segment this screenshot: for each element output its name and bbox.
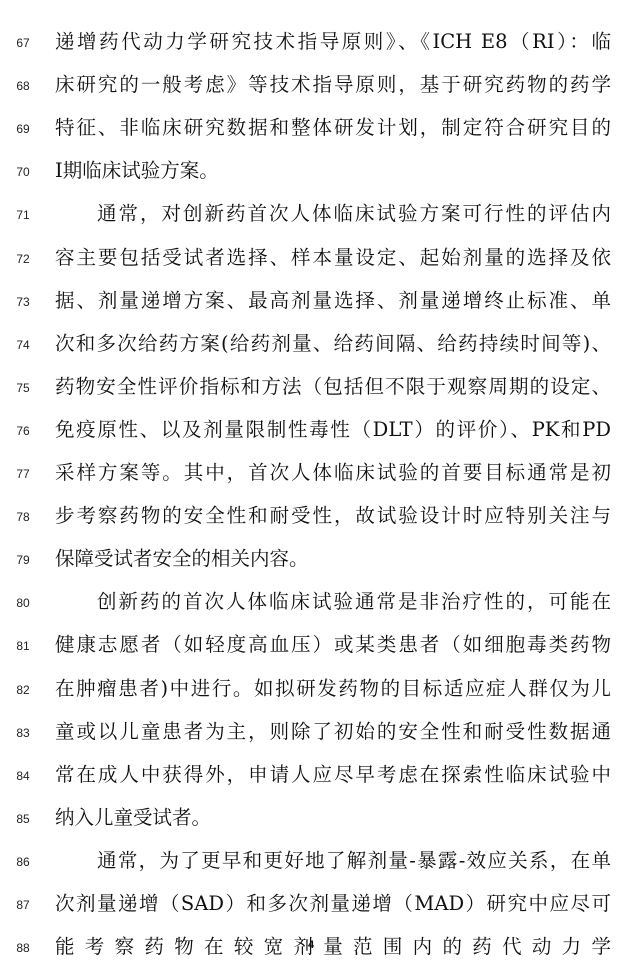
line-number: 79 [10, 553, 36, 567]
line-number: 84 [10, 769, 36, 783]
line-text: 次和多次给药方案(给药剂量、给药间隔、给药持续时间等)、 [55, 329, 611, 359]
text-line: 75药物安全性评价指标和方法（包括但不限于观察周期的设定、 [0, 372, 622, 402]
line-text: 递增药代动力学研究技术指导原则》、《ICH E8（RI）：临 [55, 27, 611, 57]
text-line: 67递增药代动力学研究技术指导原则》、《ICH E8（RI）：临 [0, 27, 622, 57]
text-line: 80创新药的首次人体临床试验通常是非治疗性的，可能在 [0, 587, 622, 617]
text-line: 69特征、非临床研究数据和整体研发计划，制定符合研究目的 [0, 113, 622, 143]
line-text: 通常，对创新药首次人体临床试验方案可行性的评估内 [97, 199, 611, 229]
line-text: 通常，为了更早和更好地了解剂量-暴露-效应关系，在单 [97, 846, 611, 876]
line-number: 81 [10, 639, 36, 653]
text-line: 68床研究的一般考虑》等技术指导原则，基于研究药物的药学 [0, 70, 622, 100]
line-number: 86 [10, 855, 36, 869]
line-text: 据、剂量递增方案、最高剂量选择、剂量递增终止标准、单 [55, 286, 611, 316]
line-text: 采样方案等。其中，首次人体临床试验的首要目标通常是初 [55, 458, 611, 488]
text-line: 73据、剂量递增方案、最高剂量选择、剂量递增终止标准、单 [0, 286, 622, 316]
line-text: 童或以儿童患者为主，则除了初始的安全性和耐受性数据通 [55, 717, 611, 747]
line-text: 保障受试者安全的相关内容。 [55, 544, 611, 574]
line-text: 次剂量递增（SAD）和多次剂量递增（MAD）研究中应尽可 [55, 889, 611, 919]
line-text: 创新药的首次人体临床试验通常是非治疗性的，可能在 [97, 587, 611, 617]
text-line: 77采样方案等。其中，首次人体临床试验的首要目标通常是初 [0, 458, 622, 488]
line-text: 在肿瘤患者)中进行。如拟研发药物的目标适应症人群仅为儿 [55, 674, 611, 704]
line-number: 76 [10, 424, 36, 438]
line-number: 80 [10, 596, 36, 610]
text-line: 78步考察药物的安全性和耐受性，故试验设计时应特别关注与 [0, 501, 622, 531]
text-line: 71通常，对创新药首次人体临床试验方案可行性的评估内 [0, 199, 622, 229]
line-text: 容主要包括受试者选择、样本量设定、起始剂量的选择及依 [55, 243, 611, 273]
line-number: 78 [10, 510, 36, 524]
line-number: 74 [10, 338, 36, 352]
text-line: 79保障受试者安全的相关内容。 [0, 544, 622, 574]
line-number: 69 [10, 122, 36, 136]
text-line: 70I期临床试验方案。 [0, 156, 622, 186]
line-number: 77 [10, 467, 36, 481]
text-line: 74次和多次给药方案(给药剂量、给药间隔、给药持续时间等)、 [0, 329, 622, 359]
line-text: 床研究的一般考虑》等技术指导原则，基于研究药物的药学 [55, 70, 611, 100]
line-number: 71 [10, 208, 36, 222]
line-number: 75 [10, 381, 36, 395]
line-text: 常在成人中获得外，申请人应尽早考虑在探索性临床试验中 [55, 760, 611, 790]
line-text: 药物安全性评价指标和方法（包括但不限于观察周期的设定、 [55, 372, 611, 402]
line-text: I期临床试验方案。 [55, 156, 611, 186]
line-text: 免疫原性、以及剂量限制性毒性（DLT）的评价）、PK和PD [55, 415, 611, 445]
line-number: 67 [10, 36, 36, 50]
line-text: 特征、非临床研究数据和整体研发计划，制定符合研究目的 [55, 113, 611, 143]
line-number: 82 [10, 683, 36, 697]
text-line: 72容主要包括受试者选择、样本量设定、起始剂量的选择及依 [0, 243, 622, 273]
line-text: 纳入儿童受试者。 [55, 803, 611, 833]
page-number: 4 [0, 939, 622, 951]
line-text: 健康志愿者（如轻度高血压）或某类患者（如细胞毒类药物 [55, 630, 611, 660]
line-number: 68 [10, 79, 36, 93]
document-page: 67递增药代动力学研究技术指导原则》、《ICH E8（RI）：临68床研究的一般… [0, 0, 622, 963]
line-number: 87 [10, 898, 36, 912]
text-line: 76免疫原性、以及剂量限制性毒性（DLT）的评价）、PK和PD [0, 415, 622, 445]
text-line: 87次剂量递增（SAD）和多次剂量递增（MAD）研究中应尽可 [0, 889, 622, 919]
text-line: 83童或以儿童患者为主，则除了初始的安全性和耐受性数据通 [0, 717, 622, 747]
line-number: 85 [10, 812, 36, 826]
line-number: 72 [10, 252, 36, 266]
text-line: 81健康志愿者（如轻度高血压）或某类患者（如细胞毒类药物 [0, 630, 622, 660]
text-line: 85纳入儿童受试者。 [0, 803, 622, 833]
line-number: 73 [10, 295, 36, 309]
line-number: 70 [10, 165, 36, 179]
text-line: 86通常，为了更早和更好地了解剂量-暴露-效应关系，在单 [0, 846, 622, 876]
line-number: 83 [10, 726, 36, 740]
line-text: 步考察药物的安全性和耐受性，故试验设计时应特别关注与 [55, 501, 611, 531]
text-line: 84常在成人中获得外，申请人应尽早考虑在探索性临床试验中 [0, 760, 622, 790]
text-line: 82在肿瘤患者)中进行。如拟研发药物的目标适应症人群仅为儿 [0, 674, 622, 704]
